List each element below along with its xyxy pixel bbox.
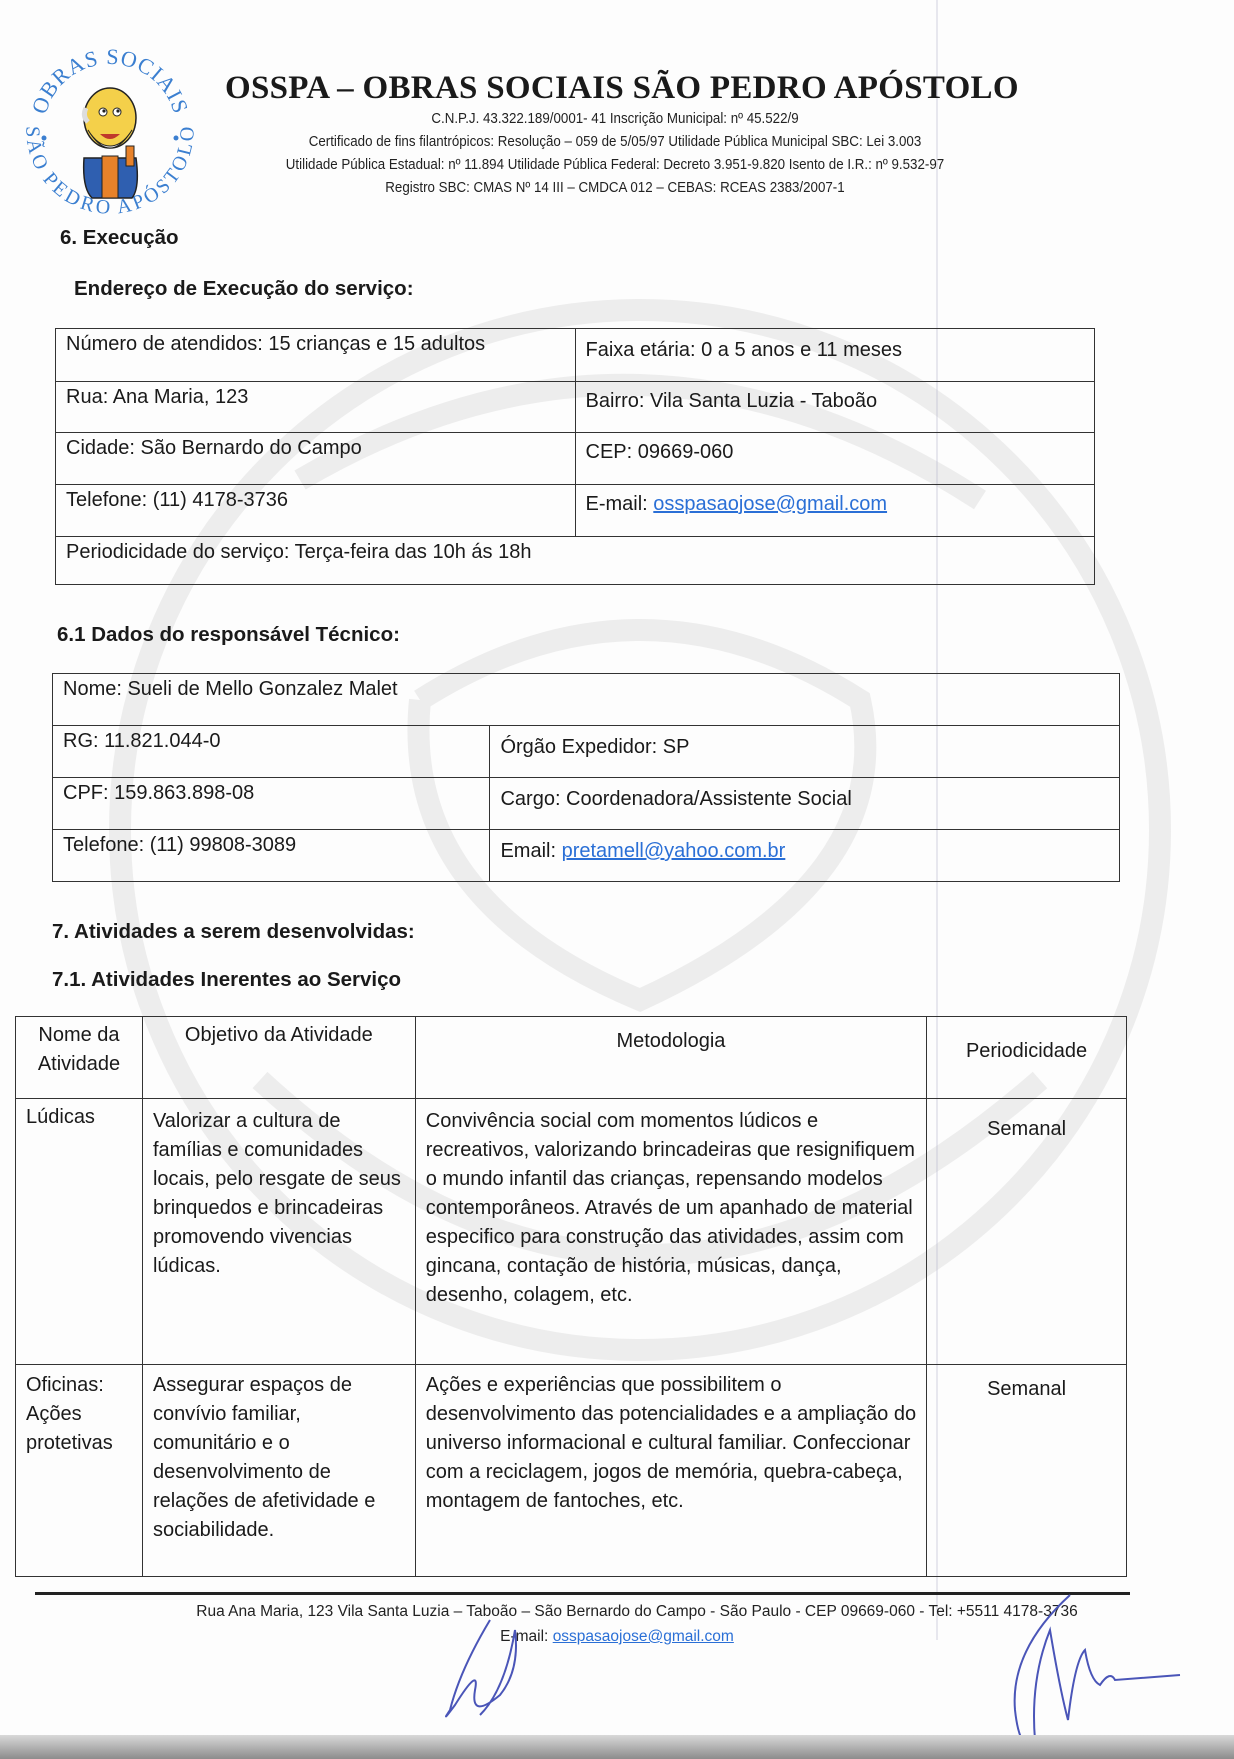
column-header-methodology: Metodologia xyxy=(415,1017,926,1099)
phone-cell: Telefone: (11) 4178-3736 xyxy=(56,485,576,537)
responsible-email-link[interactable]: pretamell@yahoo.com.br xyxy=(562,840,786,862)
city-cell: Cidade: São Bernardo do Campo xyxy=(56,433,576,485)
table-row: Lúdicas Valorizar a cultura de famílias … xyxy=(16,1099,1127,1365)
table-row: Oficinas: Ações protetivas Assegurar esp… xyxy=(16,1365,1127,1577)
responsible-phone-cell: Telefone: (11) 99808-3089 xyxy=(53,830,490,882)
section-7-1-heading: 7.1. Atividades Inerentes ao Serviço xyxy=(52,968,401,992)
header-registry-line: Registro SBC: CMAS Nº 14 III – CMDCA 012… xyxy=(219,180,1010,196)
footer-email-line: E-mail: osspasaojose@gmail.com xyxy=(0,1628,1234,1646)
activity-periodicity-cell: Semanal xyxy=(927,1365,1127,1577)
column-header-objective: Objetivo da Atividade xyxy=(142,1017,415,1099)
activity-name-cell: Lúdicas xyxy=(16,1099,143,1365)
email-label: Email: xyxy=(500,840,561,862)
neighborhood-cell: Bairro: Vila Santa Luzia - Taboão xyxy=(575,382,1095,433)
organization-title: OSSPA – OBRAS SOCIAIS SÃO PEDRO APÓSTOLO xyxy=(225,70,1045,107)
footer-divider xyxy=(35,1592,1130,1595)
header-utility-line: Utilidade Pública Estadual: nº 11.894 Ut… xyxy=(219,157,1010,173)
footer-email-label: E-mail: xyxy=(500,1628,553,1645)
table-row: Rua: Ana Maria, 123 Bairro: Vila Santa L… xyxy=(56,382,1095,433)
activity-objective-cell: Assegurar espaços de convívio familiar, … xyxy=(142,1365,415,1577)
cep-cell: CEP: 09669-060 xyxy=(575,433,1095,485)
scan-edge-shadow xyxy=(0,1735,1234,1759)
footer-email-link[interactable]: osspasaojose@gmail.com xyxy=(553,1628,734,1645)
age-range-cell: Faixa etária: 0 a 5 anos e 11 meses xyxy=(575,329,1095,382)
rg-cell: RG: 11.821.044-0 xyxy=(53,726,490,778)
section-6-1-heading: 6.1 Dados do responsável Técnico: xyxy=(57,623,400,647)
column-header-activity-name: Nome da Atividade xyxy=(16,1017,143,1099)
activity-objective-cell: Valorizar a cultura de famílias e comuni… xyxy=(142,1099,415,1365)
section-6-subheading: Endereço de Execução do serviço: xyxy=(74,277,414,301)
issuer-cell: Órgão Expedidor: SP xyxy=(490,726,1120,778)
table-row: Nome: Sueli de Mello Gonzalez Malet xyxy=(53,674,1120,726)
activity-methodology-cell: Ações e experiências que possibilitem o … xyxy=(415,1365,926,1577)
email-cell: E-mail: osspasaojose@gmail.com xyxy=(575,485,1095,537)
table-row: Cidade: São Bernardo do Campo CEP: 09669… xyxy=(56,433,1095,485)
technical-responsible-table: Nome: Sueli de Mello Gonzalez Malet RG: … xyxy=(52,673,1120,882)
section-7-heading: 7. Atividades a serem desenvolvidas: xyxy=(52,920,415,944)
activities-table: Nome da Atividade Objetivo da Atividade … xyxy=(15,1016,1127,1577)
header-certificate-line: Certificado de fins filantrópicos: Resol… xyxy=(219,134,1010,150)
table-row: CPF: 159.863.898-08 Cargo: Coordenadora/… xyxy=(53,778,1120,830)
footer-address: Rua Ana Maria, 123 Vila Santa Luzia – Ta… xyxy=(0,1603,1234,1621)
activity-name-cell: Oficinas: Ações protetivas xyxy=(16,1365,143,1577)
execution-address-table: Número de atendidos: 15 crianças e 15 ad… xyxy=(55,328,1095,585)
table-row: Periodicidade do serviço: Terça-feira da… xyxy=(56,537,1095,585)
responsible-name-cell: Nome: Sueli de Mello Gonzalez Malet xyxy=(53,674,1120,726)
header-cnpj-line: C.N.P.J. 43.322.189/0001- 41 Inscrição M… xyxy=(219,111,1010,127)
table-row: Número de atendidos: 15 crianças e 15 ad… xyxy=(56,329,1095,382)
table-row: RG: 11.821.044-0 Órgão Expedidor: SP xyxy=(53,726,1120,778)
responsible-email-cell: Email: pretamell@yahoo.com.br xyxy=(490,830,1120,882)
email-label: E-mail: xyxy=(586,493,654,515)
service-email-link[interactable]: osspasaojose@gmail.com xyxy=(653,493,887,515)
cpf-cell: CPF: 159.863.898-08 xyxy=(53,778,490,830)
table-row: Telefone: (11) 4178-3736 E-mail: osspasa… xyxy=(56,485,1095,537)
column-header-periodicity: Periodicidade xyxy=(927,1017,1127,1099)
section-6-heading: 6. Execução xyxy=(60,226,179,250)
role-cell: Cargo: Coordenadora/Assistente Social xyxy=(490,778,1120,830)
table-row: Telefone: (11) 99808-3089 Email: pretame… xyxy=(53,830,1120,882)
activity-methodology-cell: Convivência social com momentos lúdicos … xyxy=(415,1099,926,1365)
service-periodicity-cell: Periodicidade do serviço: Terça-feira da… xyxy=(56,537,1095,585)
table-header-row: Nome da Atividade Objetivo da Atividade … xyxy=(16,1017,1127,1099)
street-cell: Rua: Ana Maria, 123 xyxy=(56,382,576,433)
attendees-cell: Número de atendidos: 15 crianças e 15 ad… xyxy=(56,329,576,382)
activity-periodicity-cell: Semanal xyxy=(927,1099,1127,1365)
osspa-logo: OBRAS SOCIAIS SÃO PEDRO APÓSTOLO xyxy=(22,38,198,214)
